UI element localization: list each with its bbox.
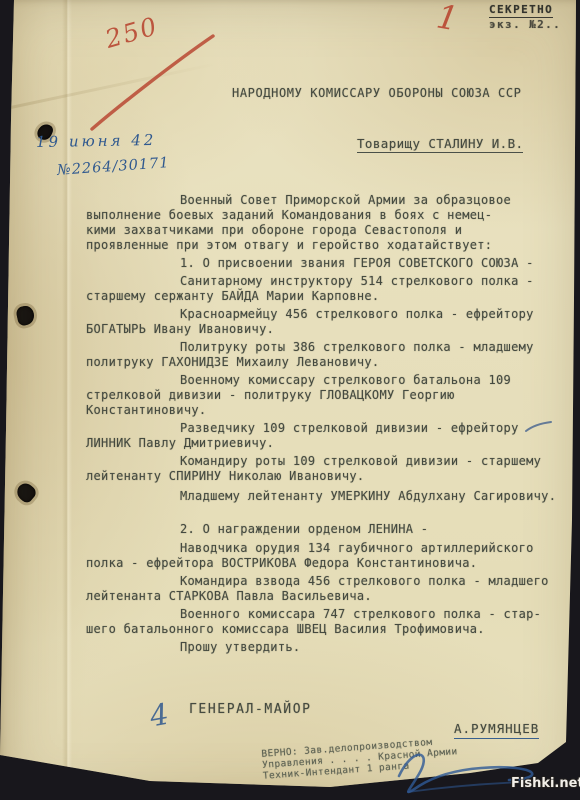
body-line: Санитарному инструктору 514 стрелкового … [86, 274, 558, 289]
body-paragraph: Прошу утвердить. [86, 640, 558, 655]
body-paragraph: Командиру роты 109 стрелковой дивизии - … [86, 454, 558, 484]
blue-signature-underline [408, 782, 526, 792]
body-line: Политруку роты 386 стрелкового полка - м… [86, 340, 558, 355]
body-line: кими захватчиками при обороне города Сев… [86, 223, 558, 238]
recipient-line: НАРОДНОМУ КОМИССАРУ ОБОРОНЫ СОЮЗА ССР [232, 86, 522, 100]
body-paragraph: Политруку роты 386 стрелкового полка - м… [86, 340, 558, 370]
body-line: Наводчика орудия 134 гаубичного артиллер… [86, 541, 558, 556]
body-line: полка - ефрейтора ВОСТРИКОВА Федора Конс… [86, 556, 558, 571]
body-line: Военного комиссара 747 стрелкового полка… [86, 607, 558, 622]
body-line: стрелковой дивизии - политруку ГЛОВАЦКОМ… [86, 388, 558, 403]
body-line: Константиновичу. [86, 403, 558, 418]
body-line: Командиру роты 109 стрелковой дивизии - … [86, 454, 558, 469]
body-line: старшему сержанту БАЙДА Марии Карповне. [86, 289, 558, 304]
body-line: проявленные при этом отвагу и геройство … [86, 238, 558, 253]
site-watermark: Fishki.net [511, 776, 580, 791]
body-paragraph: Командира взвода 456 стрелкового полка -… [86, 574, 558, 604]
secrecy-stamp-line1: СЕКРЕТНО [489, 3, 553, 18]
body-line: выполнение боевых заданий Командования в… [86, 208, 558, 223]
body-line: Командира взвода 456 стрелкового полка -… [86, 574, 558, 589]
punch-hole [15, 304, 36, 326]
signer-rank: ГЕНЕРАЛ-МАЙОР [189, 702, 312, 717]
body-paragraph: Военного комиссара 747 стрелкового полка… [86, 607, 558, 637]
body-paragraph: Младшему лейтенанту УМЕРКИНУ Абдулхану С… [86, 489, 558, 504]
handwritten-date: 19 июня 42 [36, 131, 157, 151]
body-line: Военному комиссару стрелкового батальона… [86, 373, 558, 388]
body-paragraph: 2. О награждении орденом ЛЕНИНА - [86, 522, 558, 537]
body-line: Красноармейцу 456 стрелкового полка - еф… [86, 307, 558, 322]
body-line: 1. О присвоении звания ГЕРОЯ СОВЕТСКОГО … [86, 256, 558, 271]
body-line: Прошу утвердить. [86, 640, 558, 655]
body-paragraph: 1. О присвоении звания ГЕРОЯ СОВЕТСКОГО … [86, 256, 558, 271]
paper-crease [0, 62, 218, 113]
body-line: политруку ГАХОНИДЗЕ Михаилу Левановичу. [86, 355, 558, 370]
signer-name: А.РУМЯНЦЕВ [454, 721, 539, 739]
paper-crease [62, 0, 72, 800]
body-line: 2. О награждении орденом ЛЕНИНА - [86, 522, 558, 537]
secrecy-stamp-line2: экз. №2.. [489, 18, 561, 31]
secrecy-stamp: СЕКРЕТНО экз. №2.. [489, 3, 561, 31]
body-line: лейтенанту СПИРИНУ Николаю Ивановичу. [86, 469, 558, 484]
body-line: Младшему лейтенанту УМЕРКИНУ Абдулхану С… [86, 489, 558, 504]
body-paragraph: Красноармейцу 456 стрелкового полка - еф… [86, 307, 558, 337]
body-paragraph: Наводчика орудия 134 гаубичного артиллер… [86, 541, 558, 571]
body-line: Разведчику 109 стрелковой дивизии - ефре… [86, 421, 558, 436]
body-paragraph: Военному комиссару стрелкового батальона… [86, 373, 558, 418]
body-line: ЛИННИК Павлу Дмитриевичу. [86, 436, 558, 451]
punch-hole [14, 480, 39, 505]
document-scan: СЕКРЕТНО экз. №2.. 1 250 НАРОДНОМУ КОМИС… [0, 0, 580, 800]
body-line: БОГАТЫРЬ Ивану Ивановичу. [86, 322, 558, 337]
body-paragraph: Разведчику 109 стрелковой дивизии - ефре… [86, 421, 558, 451]
body-paragraph: Санитарному инструктору 514 стрелкового … [86, 274, 558, 304]
body-paragraph: Военный Совет Приморской Армии за образц… [86, 193, 558, 253]
body-line: Военный Совет Приморской Армии за образц… [86, 193, 558, 208]
body-line: лейтенанта СТАРКОВА Павла Васильевича. [86, 589, 558, 604]
addressee-line: Товарищу СТАЛИНУ И.В. [357, 136, 523, 153]
document-body: Военный Совет Приморской Армии за образц… [86, 193, 558, 658]
body-line: шего батальонного комиссара ШВЕЦ Василия… [86, 622, 558, 637]
